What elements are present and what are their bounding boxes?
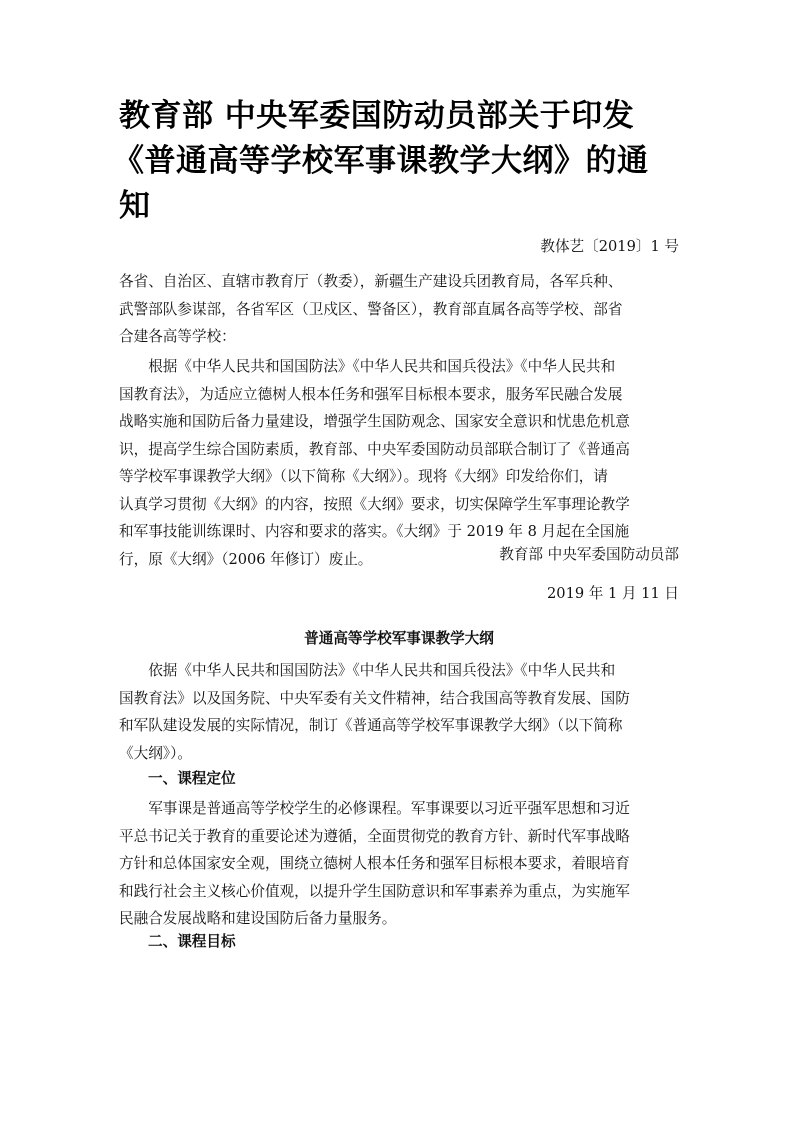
section-heading-course-positioning: 一、课程定位 [148,767,236,788]
paragraph-line: 认真学习贯彻《大纲》的内容，按照《大纲》要求，切实保障学生军事理论教学 [119,491,630,519]
recipients: 各省、自治区、直辖市教育厅（教委），新疆生产建设兵团教育局，各军兵种、 武警部队… [119,268,623,351]
course-positioning-paragraph: 军事课是普通高等学校学生的必修课程。军事课要以习近平强军思想和习近 平总书记关于… [119,795,630,933]
paragraph-line: 平总书记关于教育的重要论述为遵循，全面贯彻党的教育方针、新时代军事战略 [119,823,630,851]
recipients-line: 武警部队参谋部，各省军区（卫戍区、警备区），教育部直属各高等学校、部省 [119,296,623,324]
signature: 教育部 中央军委国防动员部 [499,541,679,569]
recipients-line: 各省、自治区、直辖市教育厅（教委），新疆生产建设兵团教育局，各军兵种、 [119,268,623,296]
paragraph-line: 等学校军事课教学大纲》（以下简称《大纲》）。现将《大纲》印发给你们，请 [119,463,630,491]
title-line: 知 [119,184,689,229]
title-line: 教育部 中央军委国防动员部关于印发 [119,94,689,139]
paragraph-line: 依据《中华人民共和国国防法》《中华人民共和国兵役法》《中华人民共和 [119,657,630,685]
paragraph-line: 军事课是普通高等学校学生的必修课程。军事课要以习近平强军思想和习近 [119,795,630,823]
syllabus-intro-paragraph: 依据《中华人民共和国国防法》《中华人民共和国兵役法》《中华人民共和 国教育法》以… [119,657,630,767]
notice-body-paragraph: 根据《中华人民共和国国防法》《中华人民共和国兵役法》《中华人民共和 国教育法》，… [119,353,630,573]
title-line: 《普通高等学校军事课教学大纲》的通 [113,139,689,184]
document-title: 教育部 中央军委国防动员部关于印发 《普通高等学校军事课教学大纲》的通 知 [119,94,689,229]
section-heading-course-objectives: 二、课程目标 [148,930,236,951]
paragraph-line: 识，提高学生综合国防素质，教育部、中央军委国防动员部联合制订了《普通高 [119,436,630,464]
paragraph-line: 战略实施和国防后备力量建设，增强学生国防观念、国家安全意识和忧患危机意 [119,408,630,436]
paragraph-line: 方针和总体国家安全观，围绕立德树人根本任务和强军目标根本要求，着眼培育 [119,850,630,878]
paragraph-line: 国教育法》，为适应立德树人根本任务和强军目标根本要求，服务军民融合发展 [119,381,630,409]
paragraph-line: 国教育法》以及国务院、中央军委有关文件精神，结合我国高等教育发展、国防 [119,685,630,713]
paragraph-line: 《大纲》）。 [119,740,630,768]
paragraph-line: 根据《中华人民共和国国防法》《中华人民共和国兵役法》《中华人民共和 [119,353,630,381]
syllabus-heading: 普通高等学校军事课教学大纲 [119,627,679,648]
recipients-line: 合建各高等学校： [119,323,623,351]
date: 2019 年 1 月 11 日 [547,580,679,608]
document-number: 教体艺〔2019〕1 号 [540,233,679,261]
paragraph-line: 和军队建设发展的实际情况，制订《普通高等学校军事课教学大纲》（以下简称 [119,712,630,740]
paragraph-line: 和践行社会主义核心价值观，以提升学生国防意识和军事素养为重点，为实施军 [119,878,630,906]
paragraph-line: 民融合发展战略和建设国防后备力量服务。 [119,905,630,933]
